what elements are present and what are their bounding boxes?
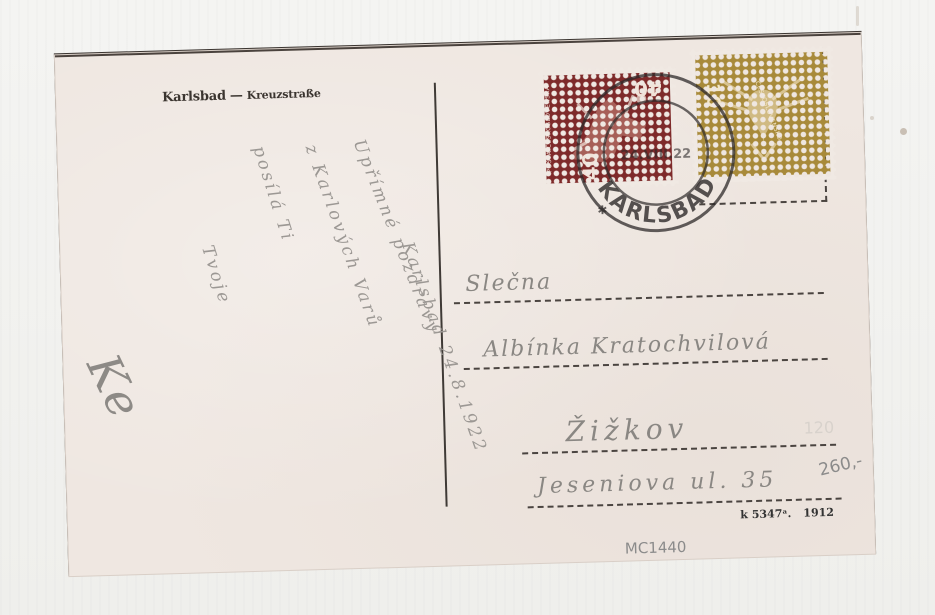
address-name: Albínka Kratochvilová <box>483 329 771 362</box>
stamp-value: 10 <box>702 83 724 109</box>
pencil-price-faint: 120 <box>803 418 834 438</box>
address-street: Jeseniova ul. 35 <box>537 467 778 499</box>
title-city: Karlsbad <box>162 89 226 106</box>
title-separator: — <box>230 88 243 103</box>
address-city: Žižkov <box>565 412 689 448</box>
pencil-price: 260,- <box>817 451 864 481</box>
printer-code: k 5347ᵃ. <box>740 507 791 521</box>
paper-speck <box>856 6 859 26</box>
stamp-value-top: 40 <box>634 76 663 101</box>
printer-year: 1912 <box>803 506 834 520</box>
printer-mark: k 5347ᵃ.1912 <box>740 506 834 522</box>
dove-icon <box>701 58 824 171</box>
printed-title: Karlsbad—Kreuzstraße <box>162 86 321 105</box>
stamp-40-chainbreaker: 40 40 POŠTA ČESKOSLOVENSKÁ <box>537 66 678 190</box>
message-signature: Ke <box>76 346 153 429</box>
stamp-value-bottom: 40 <box>578 152 603 181</box>
title-street: Kreuzstraße <box>247 87 321 102</box>
message-line: posílá Ti <box>248 143 297 244</box>
paper-speck <box>900 128 907 135</box>
stamp-10-dove: 10 ČESKOSLOVENSKO <box>689 46 837 184</box>
postmark-star-icon: ✱ <box>597 203 607 217</box>
paper-speck <box>870 116 874 120</box>
address-salutation: Slečna <box>465 270 552 297</box>
pencil-catalog-code: MC1440 <box>625 538 687 558</box>
message-line: Tvoje <box>197 243 235 308</box>
postcard: Karlsbad—Kreuzstraße k 5347ᵃ.1912 Slečna… <box>55 33 875 576</box>
